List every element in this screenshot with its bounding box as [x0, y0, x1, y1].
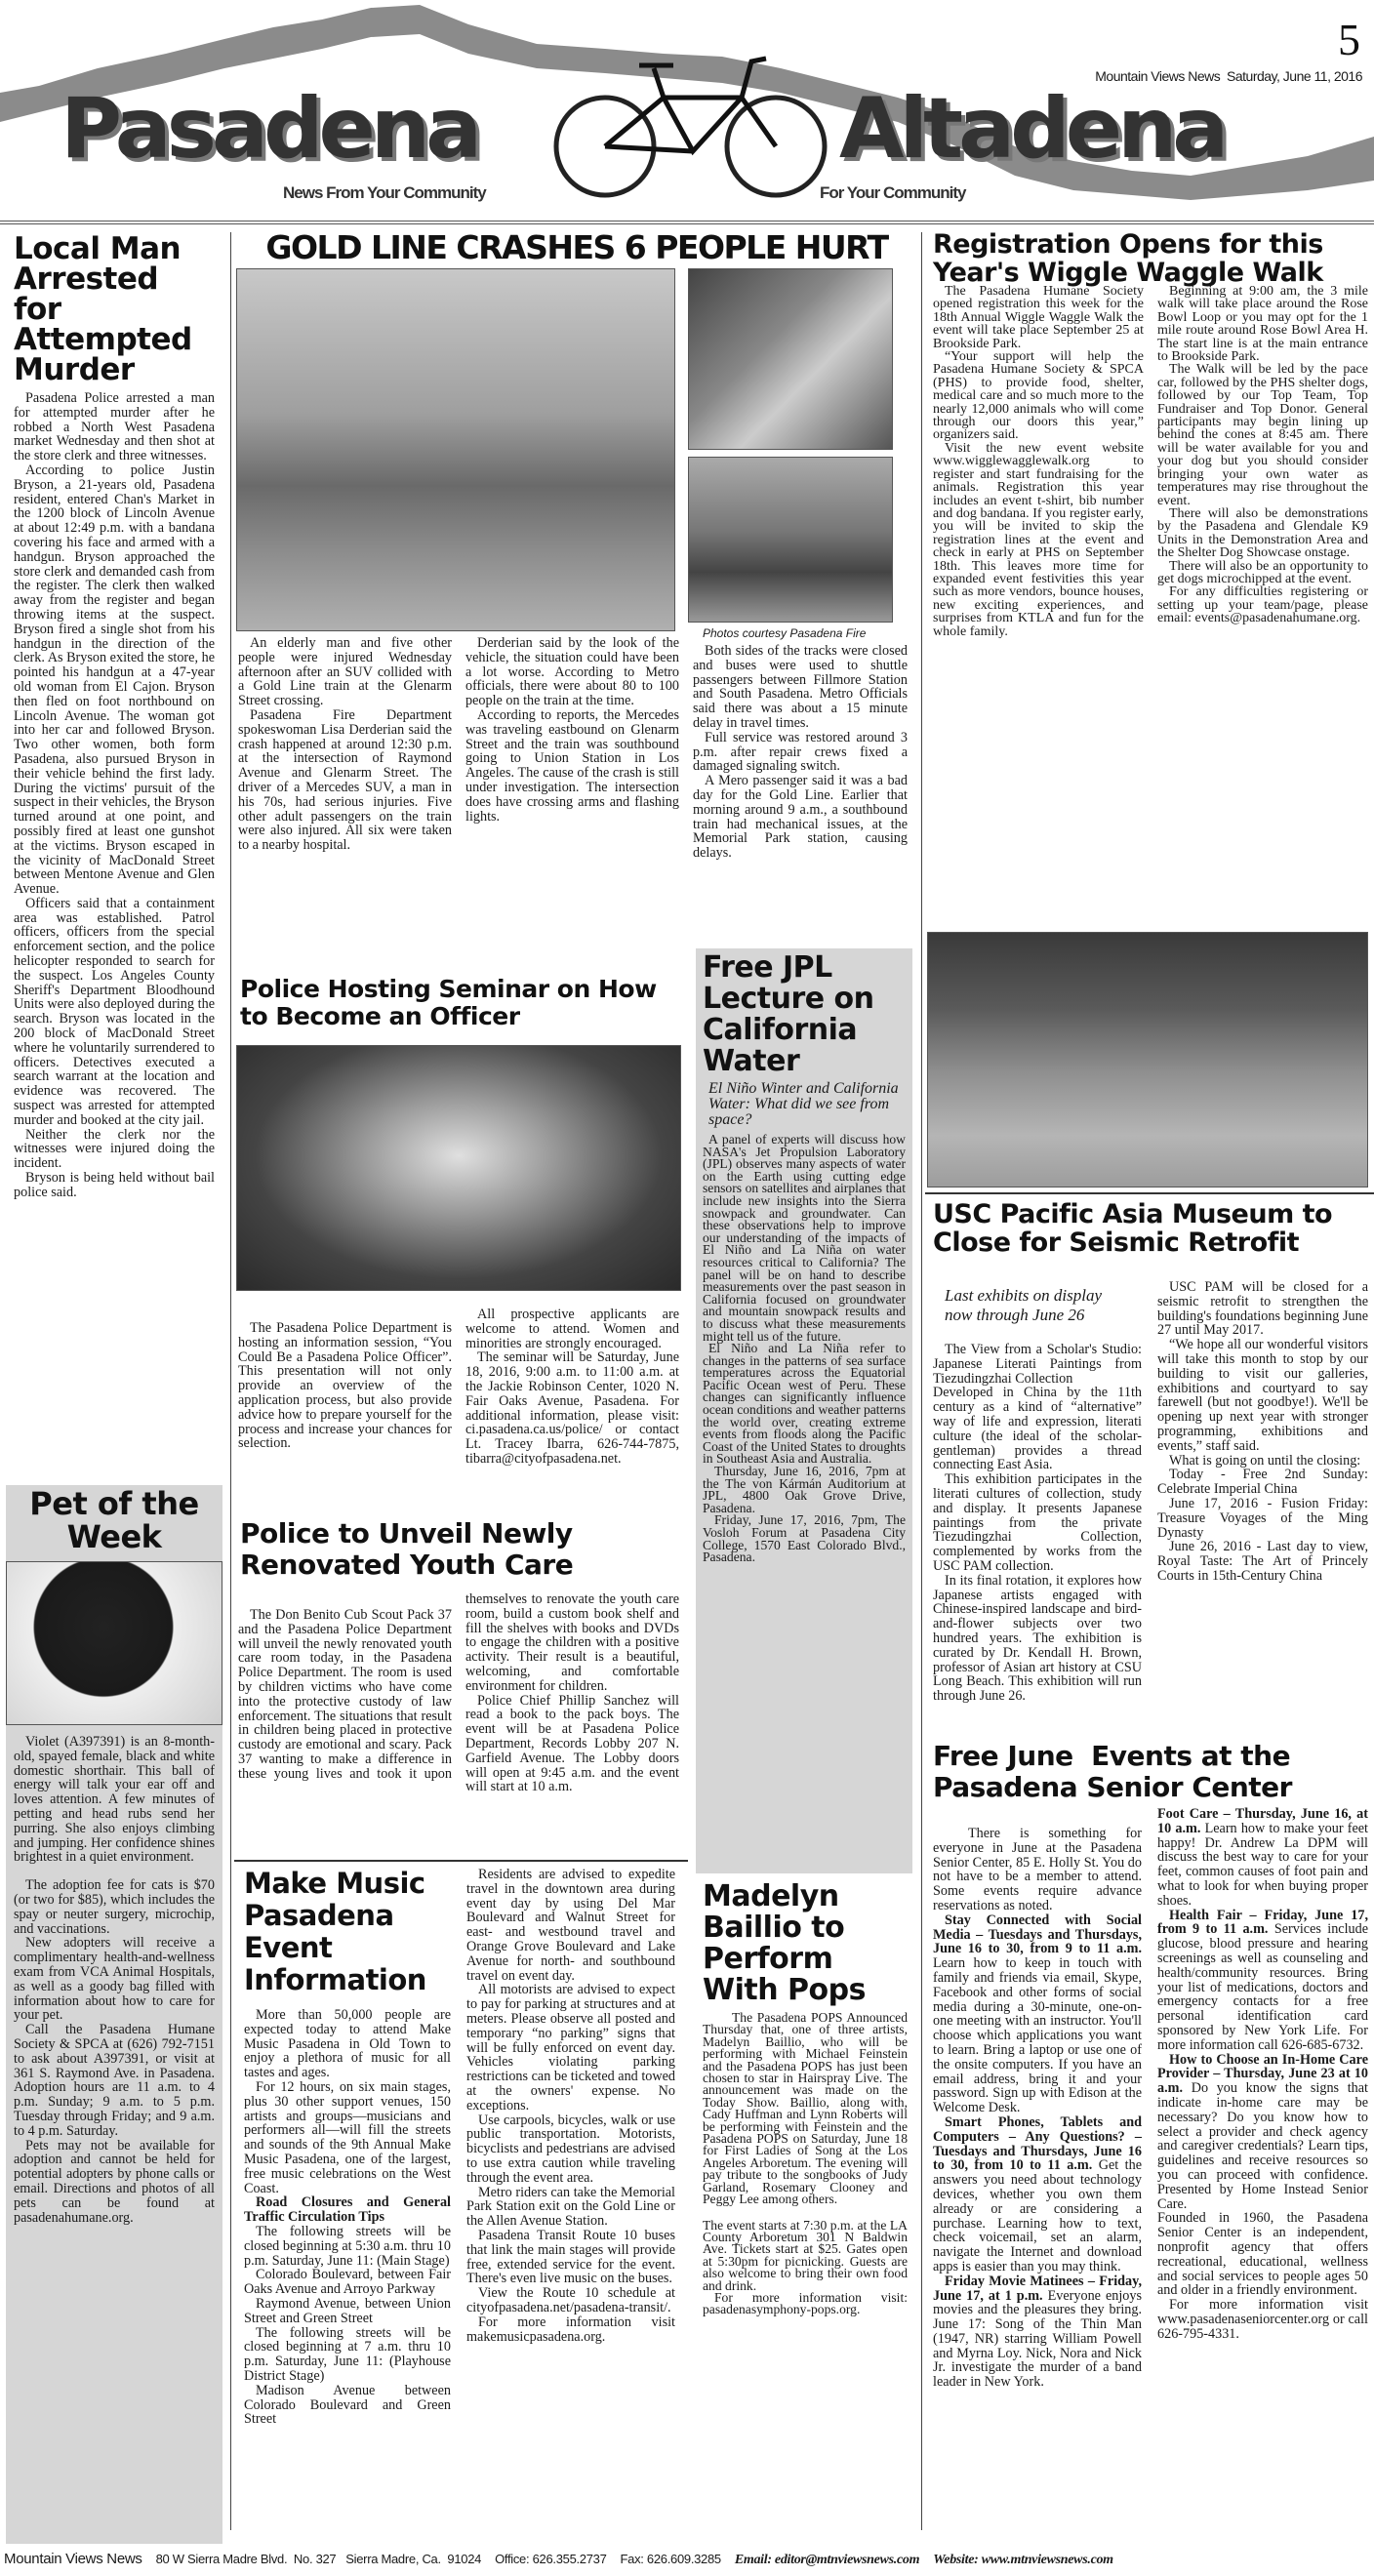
paragraph: Developed in China by the 11th century a… — [933, 1386, 1142, 1472]
headline-wiggle: Registration Opens for this Year's Wiggl… — [933, 230, 1368, 287]
senior-col2: Foot Care – Thursday, June 16, at 10 a.m… — [1157, 1807, 1368, 2341]
wiggle-body: The Pasadena Humane Society opened regis… — [933, 285, 1368, 919]
firefighters-photo — [688, 457, 893, 623]
footer: Mountain Views News 80 W Sierra Madre Bl… — [0, 2551, 1374, 2572]
paragraph: Thursday, June 16, 2016, 7pm at the The … — [703, 1466, 906, 1514]
footer-email-link[interactable]: Email: editor@mtnviewsnews.com — [735, 2553, 919, 2568]
paragraph: Pasadena Fire Department spokeswoman Lis… — [238, 708, 452, 853]
article-body: The Pasadena POPS Announced Thursday tha… — [703, 2012, 908, 2316]
article-usc: USC Pacific Asia Museum to Close for Sei… — [933, 1200, 1368, 1257]
paragraph: Pasadena Transit Route 10 buses that lin… — [466, 2229, 675, 2286]
masthead-divider — [0, 221, 1374, 224]
paragraph: Both sides of the tracks were closed and… — [693, 644, 908, 731]
paragraph: The following streets will be closed beg… — [244, 2326, 451, 2384]
paragraph: More than 50,000 people are expected tod… — [244, 2008, 451, 2080]
event-body: Everyone enjoys movies and the pleasures… — [933, 2288, 1142, 2391]
paragraph: This exhibition participates in the lite… — [933, 1472, 1142, 1574]
paragraph: The Walk will be led by the pace car, fo… — [1157, 363, 1368, 506]
column-rule — [921, 232, 922, 2530]
column-rule — [230, 232, 231, 2530]
paragraph: All prospective applicants are welcome t… — [465, 1308, 679, 1350]
paragraph: View the Route 10 schedule at cityofpasa… — [466, 2286, 675, 2315]
paragraph: “Your support will help the Pasadena Hum… — [933, 350, 1144, 442]
headline-police-seminar: Police Hosting Seminar on How to Become … — [240, 976, 679, 1030]
article-make-music: Make Music Pasadena Event Information — [244, 1868, 449, 1996]
headline-make-music: Make Music Pasadena Event Information — [244, 1868, 449, 1996]
paragraph: According to reports, the Mercedes was t… — [465, 708, 679, 824]
usc-col1: The View from a Scholar's Studio: Japane… — [933, 1343, 1142, 1704]
event-body: Learn how to keep in touch with family a… — [933, 1955, 1142, 2115]
masthead-title-left: Pasadena — [61, 80, 477, 178]
paragraph: An elderly man and five other people wer… — [238, 636, 452, 708]
section-divider — [925, 1192, 1374, 1194]
paragraph: The adoption fee for cats is $70 (or two… — [14, 1878, 215, 1936]
paragraph: Today - Free 2nd Sunday: Celebrate Imper… — [1157, 1468, 1368, 1497]
article-wiggle: Registration Opens for this Year's Wiggl… — [933, 230, 1368, 287]
paragraph: The Pasadena POPS Announced Thursday tha… — [703, 2012, 908, 2206]
paragraph: “We hope all our wonderful visitors will… — [1157, 1338, 1368, 1453]
paragraph: Raymond Avenue, between Union Street and… — [244, 2297, 451, 2326]
paragraph: The View from a Scholar's Studio: Japane… — [933, 1343, 1142, 1386]
event-body: Do you know the signs that indicate in-h… — [1157, 2080, 1368, 2211]
section-divider — [234, 1860, 688, 1862]
headline-jpl: Free JPL Lecture on California Water — [703, 952, 906, 1077]
senior-event: Health Fair – Friday, June 17, from 9 to… — [1157, 1909, 1368, 2053]
paragraph: A panel of experts will discuss how NASA… — [703, 1134, 906, 1343]
publication-line: Mountain Views News Saturday, June 11, 2… — [1095, 68, 1362, 84]
paragraph: Derderian said by the look of the vehicl… — [465, 636, 679, 708]
article-gold-line: GOLD LINE CRASHES 6 PEOPLE HURT — [238, 230, 915, 265]
footer-address: 80 W Sierra Madre Blvd. No. 327 Sierra M… — [156, 2552, 481, 2566]
usc-subheadline: Last exhibits on display now through Jun… — [935, 1286, 1130, 1325]
paragraph: June 17, 2016 - Fusion Friday: Treasure … — [1157, 1497, 1368, 1540]
paragraph: According to police Justin Bryson, a 21-… — [14, 463, 215, 897]
gold-line-body: An elderly man and five other people wer… — [238, 636, 679, 980]
senior-event: Smart Phones, Tablets and Computers – An… — [933, 2115, 1142, 2274]
paragraph: New adopters will receive a complimentar… — [14, 1936, 215, 2023]
headline-pet: Pet of the Week — [6, 1485, 222, 1557]
paragraph: Madison Avenue between Colorado Boulevar… — [244, 2384, 451, 2427]
paragraph: Pasadena Police arrested a man for attem… — [14, 391, 215, 463]
paragraph: For more information visit makemusicpasa… — [466, 2315, 675, 2345]
paragraph: Police Chief Phillip Sanchez will read a… — [465, 1694, 679, 1795]
paragraph: El Niño and La Niña refer to changes in … — [703, 1343, 906, 1466]
footer-website-link[interactable]: Website: www.mtnviewsnews.com — [933, 2553, 1113, 2568]
paragraph: For more information visit www.pasadenas… — [1157, 2298, 1368, 2341]
masthead-tagline-right: For Your Community — [820, 183, 966, 203]
headline-youth-care: Police to Unveil Newly Renovated Youth C… — [240, 1518, 679, 1581]
paragraph: There will also be an opportunity to get… — [1157, 560, 1368, 586]
paragraph: The following streets will be closed beg… — [244, 2225, 451, 2268]
jpl-subheadline: El Niño Winter and California Water: Wha… — [703, 1081, 906, 1128]
paragraph: A Mero passenger said it was a bad day f… — [693, 774, 908, 861]
article-police-seminar: Police Hosting Seminar on How to Become … — [240, 976, 679, 1030]
paragraph: All motorists are advised to expect to p… — [466, 1983, 675, 2113]
masthead: Pasadena Altadena News From Your Communi… — [0, 0, 1374, 215]
headline-local-man: Local Man Arrested for Attempted Murder — [14, 234, 215, 385]
article-body: Pasadena Police arrested a man for attem… — [14, 391, 215, 1200]
article-body: A panel of experts will discuss how NASA… — [703, 1134, 906, 1564]
police-training-photo — [236, 1045, 681, 1291]
paragraph: Pets may not be available for adoption a… — [14, 2139, 215, 2226]
paragraph: There will also be demonstrations by the… — [1157, 507, 1368, 560]
paragraph: Officers said that a containment area wa… — [14, 897, 215, 1128]
article-local-man: Local Man Arrested for Attempted Murder … — [14, 234, 215, 1200]
paragraph: Metro riders can take the Memorial Park … — [466, 2186, 675, 2229]
senior-event: How to Choose an In-Home Care Provider –… — [1157, 2053, 1368, 2212]
masthead-title-right: Altadena — [839, 80, 1224, 178]
paragraph: Use carpools, bicycles, walk or use publ… — [466, 2113, 675, 2186]
paragraph: Full service was restored around 3 p.m. … — [693, 731, 908, 774]
footer-office-phone: Office: 626.355.2737 — [495, 2552, 606, 2566]
paragraph: Residents are advised to expedite travel… — [466, 1868, 675, 1983]
make-music-col1: More than 50,000 people are expected tod… — [244, 2008, 451, 2427]
article-body: Violet (A397391) is an 8-month-old, spay… — [14, 1735, 215, 2225]
paragraph: Colorado Boulevard, between Fair Oaks Av… — [244, 2268, 451, 2297]
event-title: Stay Connected with Social Media – Tuesd… — [933, 1912, 1142, 1957]
headline-senior: Free June Events at the Pasadena Senior … — [933, 1741, 1368, 1803]
paragraph: Bryson is being held without bail police… — [14, 1171, 215, 1200]
event-body: Services include glucose, blood pressure… — [1157, 1921, 1368, 2052]
paragraph: June 26, 2016 - Last day to view, Royal … — [1157, 1540, 1368, 1583]
headline-gold-line: GOLD LINE CRASHES 6 PEOPLE HURT — [238, 230, 915, 265]
paragraph: The Pasadena Humane Society opened regis… — [933, 285, 1144, 350]
masthead-tagline-left: News From Your Community — [283, 183, 486, 203]
paragraph: Visit the new event website www.wigglewa… — [933, 442, 1144, 638]
paragraph: In its final rotation, it explores how J… — [933, 1574, 1142, 1704]
paragraph: Friday, June 17, 2016, 7pm, The Vosloh F… — [703, 1514, 906, 1563]
make-music-col2: Residents are advised to expedite travel… — [466, 1868, 675, 2344]
paragraph: What is going on until the closing: — [1157, 1454, 1368, 1469]
headline-madelyn: Madelyn Baillio to Perform With Pops — [703, 1881, 908, 2006]
train-crash-photo — [236, 268, 675, 631]
headline-usc: USC Pacific Asia Museum to Close for Sei… — [933, 1200, 1368, 1257]
paragraph: Violet (A397391) is an 8-month-old, spay… — [14, 1735, 215, 1865]
dog-walk-photo — [927, 932, 1368, 1187]
paragraph: There is something for everyone in June … — [933, 1827, 1142, 1913]
senior-event: Stay Connected with Social Media – Tuesd… — [933, 1913, 1142, 2115]
paragraph: The seminar will be Saturday, June 18, 2… — [465, 1350, 679, 1466]
paragraph: For more information visit: pasadenasymp… — [703, 2292, 908, 2316]
bicycle-icon — [546, 44, 839, 200]
footer-fax: Fax: 626.609.3285 — [621, 2552, 721, 2566]
paragraph: Neither the clerk nor the witnesses were… — [14, 1128, 215, 1171]
senior-event: Foot Care – Thursday, June 16, at 10 a.m… — [1157, 1807, 1368, 1909]
footer-publication: Mountain Views News — [4, 2551, 142, 2567]
gold-line-body-col3: Both sides of the tracks were closed and… — [693, 644, 908, 861]
pet-of-the-week-box: Pet of the Week Violet (A397391) is an 8… — [6, 1485, 222, 2544]
paragraph: Call the Pasadena Humane Society & SPCA … — [14, 2023, 215, 2138]
article-jpl: Free JPL Lecture on California Water El … — [703, 952, 906, 1564]
police-seminar-body: The Pasadena Police Department is hostin… — [238, 1308, 679, 1483]
paragraph: Beginning at 9:00 am, the 3 mile walk wi… — [1157, 285, 1368, 363]
paragraph: The Pasadena Police Department is hostin… — [238, 1321, 452, 1451]
article-madelyn: Madelyn Baillio to Perform With Pops The… — [703, 1881, 908, 2316]
paragraph: For 12 hours, on six main stages, plus 3… — [244, 2080, 451, 2195]
usc-col2: USC PAM will be closed for a seismic ret… — [1157, 1280, 1368, 1584]
paragraph: USC PAM will be closed for a seismic ret… — [1157, 1280, 1368, 1338]
youth-care-body: The Don Benito Cub Scout Pack 37 and the… — [238, 1592, 679, 1838]
page-number: 5 — [1338, 14, 1360, 65]
article-youth-care: Police to Unveil Newly Renovated Youth C… — [240, 1518, 679, 1581]
paragraph: The event starts at 7:30 p.m. at the LA … — [703, 2220, 908, 2292]
subhead-road-closures: Road Closures and General Traffic Circul… — [244, 2195, 451, 2225]
event-body: Get the answers you need about technolog… — [933, 2157, 1142, 2274]
paragraph: Founded in 1960, the Pasadena Senior Cen… — [1157, 2211, 1368, 2298]
senior-event: Friday Movie Matinees – Friday, June 17,… — [933, 2274, 1142, 2390]
senior-col1: There is something for everyone in June … — [933, 1827, 1142, 2390]
suv-wreck-photo — [688, 268, 893, 450]
pet-photo — [6, 1561, 222, 1725]
article-senior: Free June Events at the Pasadena Senior … — [933, 1741, 1368, 1803]
photo-credit: Photos courtesy Pasadena Fire — [703, 626, 866, 640]
paragraph: For any difficulties registering or sett… — [1157, 585, 1368, 624]
